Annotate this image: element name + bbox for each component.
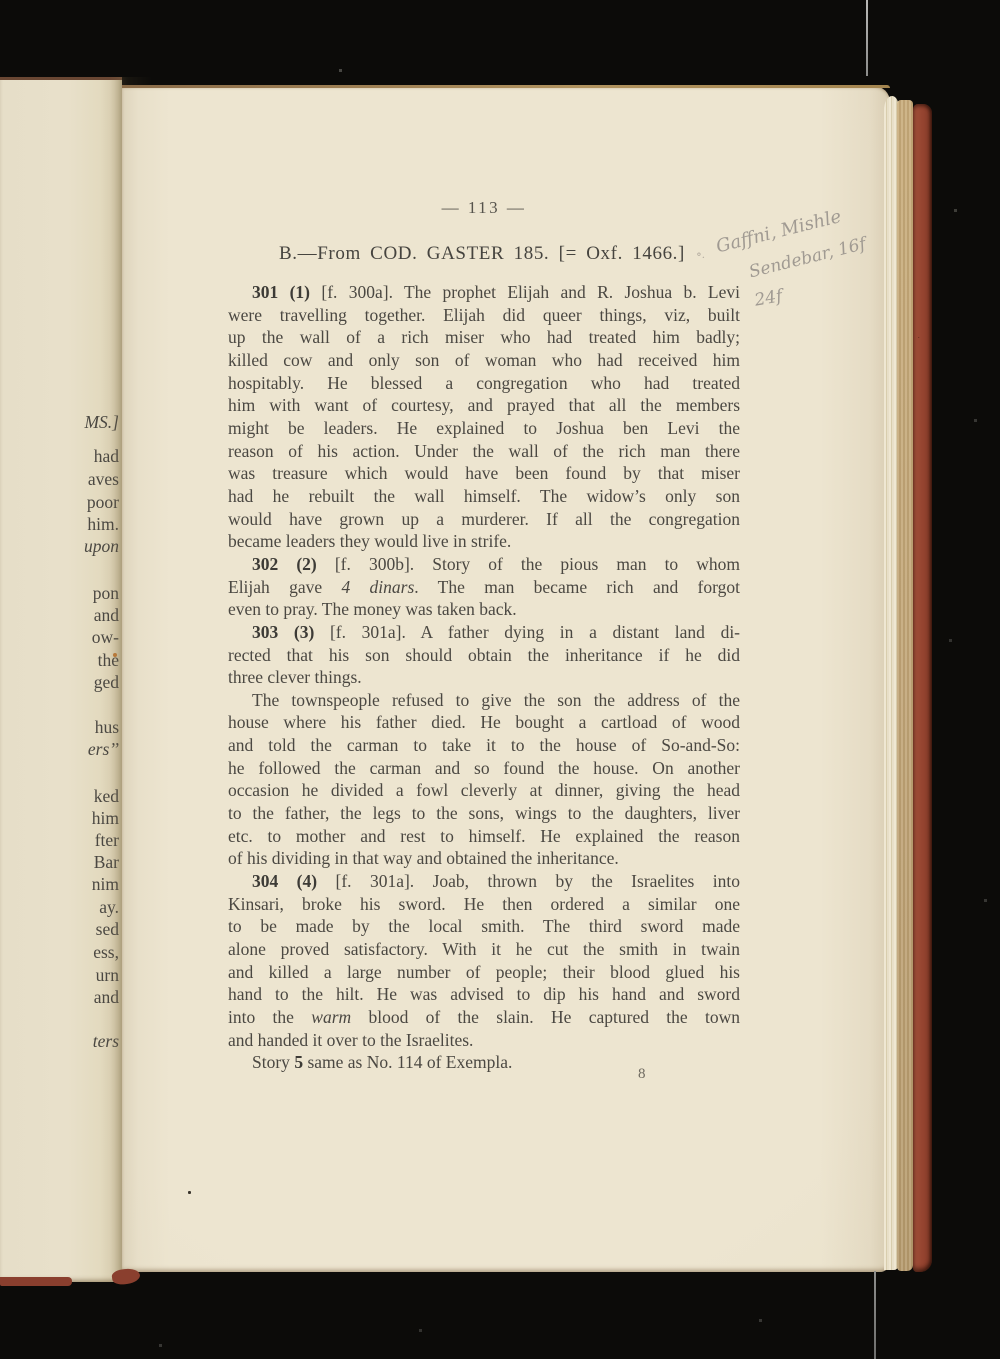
book-cover-edge: [913, 104, 932, 1272]
facing-page-sliver: MS.]hadavespoorhim.uponponandow-thegedhu…: [0, 77, 122, 1282]
text-line: hospitably. He blessed a congregation wh…: [228, 372, 740, 395]
text-line: even to pray. The money was taken back.: [228, 598, 740, 621]
left-page-fragment: and: [94, 605, 119, 625]
book-scan: MS.]hadavespoorhim.uponponandow-thegedhu…: [0, 0, 1000, 1359]
pencil-note-line: 24f: [753, 286, 784, 311]
text-line: hand to the hilt. He was advised to dip …: [228, 983, 740, 1006]
text-line: killed cow and only son of woman who had…: [228, 349, 740, 372]
text-line: and handed it over to the Israelites.: [228, 1029, 740, 1052]
string-bottom: [874, 1271, 876, 1359]
left-page-fragment: ters: [93, 1031, 119, 1051]
text-line: him with want of courtesy, and prayed th…: [228, 394, 740, 417]
paragraph: Story 5 same as No. 114 of Exempla.: [228, 1051, 740, 1074]
left-page-fragment: sed: [96, 919, 119, 939]
left-page-fragment: ers’’: [88, 739, 119, 759]
text-line: was treasure which would have been found…: [228, 462, 740, 485]
text-line: of his dividing in that way and obtained…: [228, 847, 740, 870]
text-line: and killed a large number of people; the…: [228, 961, 740, 984]
left-page-fragment: and: [94, 987, 119, 1007]
page-text: 301 (1) [f. 300a]. The prophet Elijah an…: [228, 281, 740, 1074]
text-line: into the warm blood of the slain. He cap…: [228, 1006, 740, 1029]
section-heading: B.—From COD. GASTER 185. [= Oxf. 1466.]: [222, 243, 742, 265]
text-line: might be leaders. He explained to Joshua…: [228, 417, 740, 440]
paper-speck-dark: [188, 1191, 191, 1194]
text-line: rected that his son should obtain the in…: [228, 644, 740, 667]
text-line: and told the carman to take it to the ho…: [228, 734, 740, 757]
text-line: reason of his action. Under the wall of …: [228, 440, 740, 463]
text-line: Kinsari, broke his sword. He then ordere…: [228, 893, 740, 916]
text-line: Story 5 same as No. 114 of Exempla.: [228, 1051, 740, 1074]
left-page-fragment: fter: [95, 830, 119, 850]
text-line: 301 (1) [f. 300a]. The prophet Elijah an…: [228, 281, 740, 304]
paragraph: The townspeople refused to give the son …: [228, 689, 740, 870]
left-page-fragment: pon: [93, 583, 119, 603]
page-stack-edge: [884, 96, 898, 1270]
left-page-fragment: poor: [87, 492, 119, 512]
left-page-fragment: nim: [92, 874, 119, 894]
paragraph: 304 (4) [f. 301a]. Joab, thrown by the I…: [228, 870, 740, 1051]
fore-edge-tan: [897, 100, 913, 1271]
left-page-fragment: hus: [95, 717, 119, 737]
left-page-fragment: upon: [84, 536, 119, 556]
paragraph: 302 (2) [f. 300b]. Story of the pious ma…: [228, 553, 740, 621]
left-page-fragment: ked: [94, 786, 119, 806]
text-line: had he rebuilt the wall himself. The wid…: [228, 485, 740, 508]
text-line: house where his father died. He bought a…: [228, 711, 740, 734]
text-line: 303 (3) [f. 301a]. A father dying in a d…: [228, 621, 740, 644]
left-page-fragment: ay.: [99, 897, 119, 917]
text-line: 304 (4) [f. 301a]. Joab, thrown by the I…: [228, 870, 740, 893]
pencil-check-mark: ∘.: [696, 247, 705, 262]
text-line: Elijah gave 4 dinars. The man became ric…: [228, 576, 740, 599]
left-page-fragment: ess,: [93, 942, 119, 962]
text-line: to be made by the local smith. The third…: [228, 915, 740, 938]
text-line: alone proved satisfactory. With it he cu…: [228, 938, 740, 961]
text-line: occasion he divided a fowl cleverly at d…: [228, 779, 740, 802]
signature-mark: 8: [638, 1066, 646, 1083]
text-line: The townspeople refused to give the son …: [228, 689, 740, 712]
background-dust: [0, 0, 1, 1]
left-page-fragment: him.: [87, 514, 119, 534]
left-page-fragment: ow-: [92, 627, 119, 647]
left-page-fragment: urn: [96, 965, 119, 985]
text-line: three clever things.: [228, 666, 740, 689]
left-page-fragment: MS.]: [84, 412, 119, 432]
text-line: he followed the carman and so found the …: [228, 757, 740, 780]
page-number: — 113 —: [228, 198, 740, 218]
text-line: etc. to mother and rest to himself. He e…: [228, 825, 740, 848]
paragraph: 301 (1) [f. 300a]. The prophet Elijah an…: [228, 281, 740, 553]
string-top: [866, 0, 868, 76]
text-line: were travelling together. Elijah did que…: [228, 304, 740, 327]
left-page-fragment: had: [94, 446, 119, 466]
paragraph: 303 (3) [f. 301a]. A father dying in a d…: [228, 621, 740, 689]
text-line: became leaders they would live in strife…: [228, 530, 740, 553]
book-page: — 113 — B.—From COD. GASTER 185. [= Oxf.…: [122, 86, 890, 1272]
text-line: 302 (2) [f. 300b]. Story of the pious ma…: [228, 553, 740, 576]
text-line: up the wall of a rich miser who had trea…: [228, 326, 740, 349]
text-line: to the father, the legs to the sons, win…: [228, 802, 740, 825]
left-page-fragment: aves: [88, 469, 119, 489]
text-line: would have grown up a murderer. If all t…: [228, 508, 740, 531]
left-page-fragment: him: [92, 808, 119, 828]
paper-speck-orange: [113, 653, 117, 657]
cover-bottom-left: [0, 1277, 72, 1286]
left-page-fragment: Bar: [94, 852, 119, 872]
left-page-fragment: ged: [94, 672, 119, 692]
